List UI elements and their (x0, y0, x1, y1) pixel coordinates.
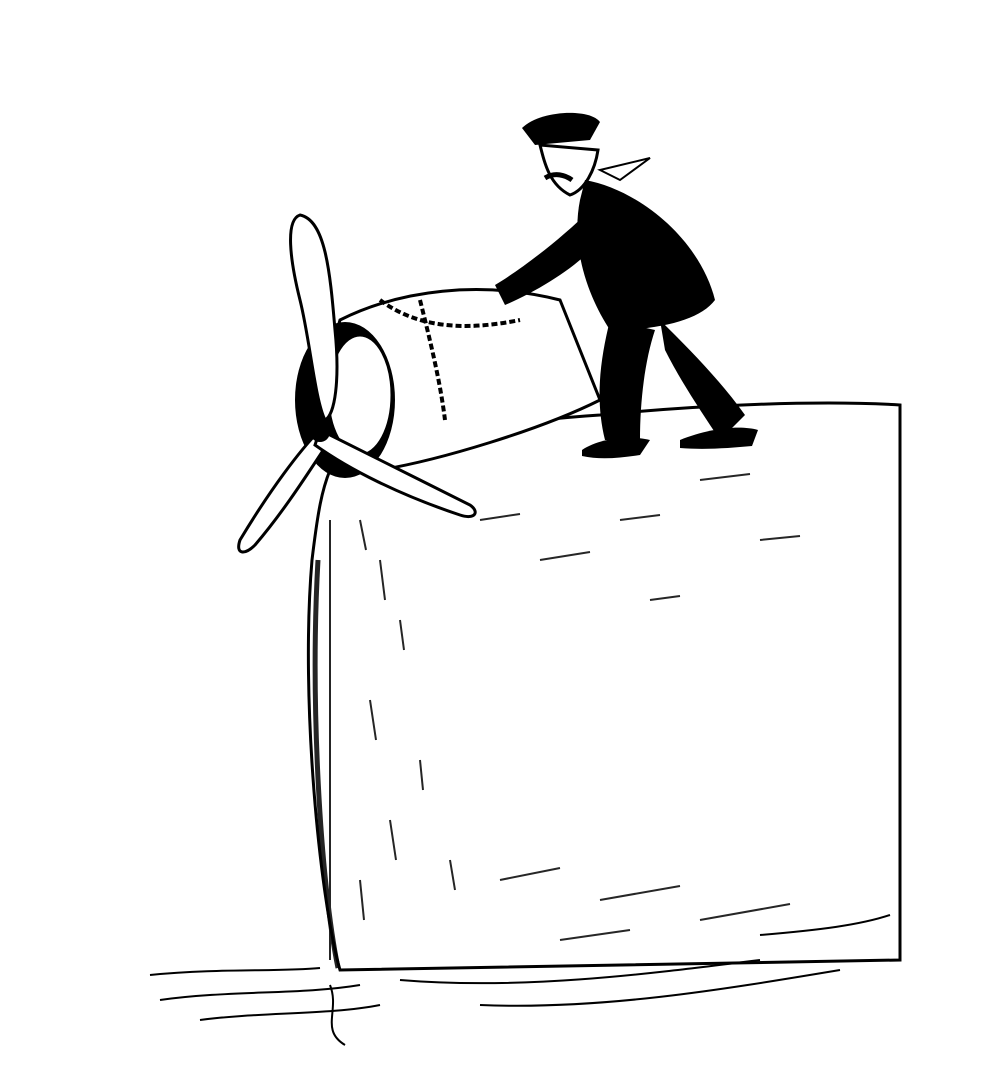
ink-illustration (0, 0, 1000, 1090)
